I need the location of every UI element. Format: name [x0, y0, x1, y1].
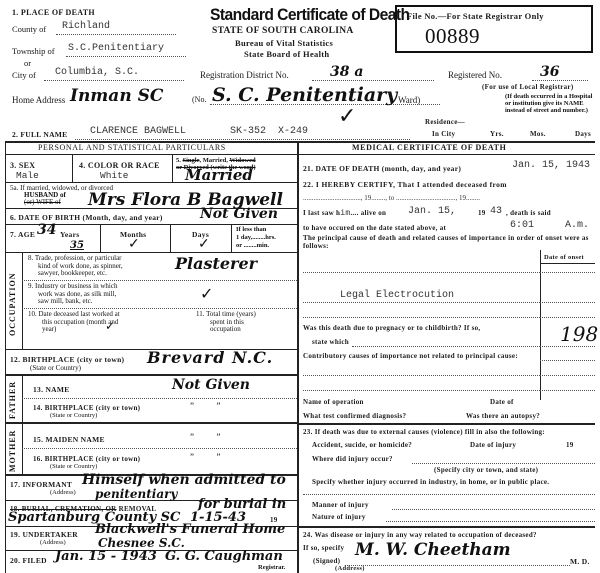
filed-label: 20. FILED	[10, 556, 47, 565]
md-label: M. D.	[570, 557, 590, 566]
medical-section-title: MEDICAL CERTIFICATE OF DEATH	[352, 143, 506, 152]
state-name: STATE OF SOUTH CAROLINA	[212, 26, 354, 36]
father-birthplace-value: ” ”	[190, 401, 221, 411]
injury-year-label: 19	[566, 441, 574, 449]
township-value: S.C.Penitentiary	[68, 43, 164, 54]
age-value: 34	[37, 222, 56, 238]
home-address-value: Inman SC	[70, 86, 163, 106]
days-label-res: Days	[575, 130, 591, 138]
physician-address-label: (Address)	[335, 565, 365, 572]
certify-label: 22. I HEREBY CERTIFY, That I attended de…	[303, 180, 507, 189]
dod-value: Jan. 15, 1943	[512, 160, 590, 171]
street-no-value: S. C. Penitentiary	[212, 84, 397, 106]
undertaker-sub: (Address)	[40, 539, 66, 546]
board-name: State Board of Health	[244, 49, 329, 59]
years-extra: 35	[70, 240, 84, 251]
city-label: City of	[12, 70, 36, 80]
operation-date-label: Date of	[490, 398, 514, 406]
years-label: Years	[60, 230, 79, 239]
specify-city-label: (Specify city or town, and state)	[434, 466, 538, 474]
mother-birthplace-value: ” ”	[190, 452, 221, 462]
death-said-label: , death is said	[506, 209, 551, 217]
certificate-title: Standard Certificate of Death	[210, 5, 410, 25]
bureau-name: Bureau of Vital Statistics	[235, 38, 333, 48]
father-name-value: Not Given	[172, 377, 250, 393]
father-birthplace-sub: (State or Country)	[50, 412, 97, 419]
undertaker-value-1: Blackwell's Funeral Home	[95, 522, 285, 537]
principal-cause-label: The principal cause of death and related…	[303, 235, 595, 250]
less-than-day: If less than1 day,........hrs.or .......…	[236, 226, 276, 250]
sex-label: 3. SEX	[10, 161, 35, 170]
mos-label: Mos.	[530, 130, 546, 138]
injury-date-label: Date of injury	[470, 441, 516, 449]
age-label: 7. AGE	[10, 230, 35, 239]
race-value: White	[100, 170, 129, 181]
birthplace-label: 12. BIRTHPLACE (city or town)	[10, 355, 124, 364]
place-of-death-heading: 1. PLACE OF DEATH	[12, 8, 95, 17]
undertaker-label: 19. UNDERTAKER	[10, 530, 78, 539]
registrar-label: Registrar.	[258, 564, 285, 571]
informant-sub: (Address)	[50, 489, 76, 496]
registrar-signature: G. G. Caughman	[165, 549, 283, 564]
prisoner-id-1: SK-352	[230, 126, 266, 137]
city-value: Columbia, S.C.	[55, 67, 139, 78]
where-injury-label: Where did injury occur?	[312, 455, 393, 463]
trade-value: Plasterer	[175, 254, 257, 273]
pregnancy-label: Was this death due to pregnacy or to chi…	[303, 324, 480, 332]
mother-birthplace-sub: (State or Country)	[50, 463, 97, 470]
occurred-label: to have occured on the date stated above…	[303, 224, 446, 232]
mother-birthplace-label: 16. BIRTHPLACE (city or town)	[33, 455, 140, 463]
residence-label: Residence—	[425, 118, 465, 126]
total-time-label: 11. Total time (years)spent in thisoccup…	[196, 311, 256, 334]
dob-label: 6. DATE OF BIRTH (Month, day, and year)	[10, 213, 163, 222]
year-value: 43	[490, 206, 502, 217]
county-value: Richland	[62, 21, 110, 32]
days-check: ✓	[198, 236, 210, 253]
birthplace-value: Brevard N.C.	[147, 348, 273, 367]
ward-label: Ward)	[398, 95, 420, 105]
yrs-label: Yrs.	[490, 130, 504, 138]
alive-on-value: Jan. 15,	[408, 206, 456, 217]
full-name-label: 2. FULL NAME	[12, 130, 67, 139]
township-label: Township of	[12, 46, 55, 56]
mother-maiden-value: ” ”	[190, 432, 221, 442]
manner-label: Manner of injury	[312, 501, 369, 509]
father-name-label: 13. NAME	[33, 385, 70, 394]
local-registrar-note: (For use of Local Registrar)	[482, 83, 573, 91]
year-label: 19	[478, 209, 486, 217]
test-label: What test confirmed diagnosis?	[303, 412, 406, 420]
file-number-label: File No.—For State Registrar Only	[407, 11, 544, 21]
informant-value-1: Himself when admitted to	[82, 472, 286, 488]
occupation-side-label: OCCUPATION	[8, 262, 17, 347]
time-value: 6:01	[510, 220, 534, 231]
cause-of-death-value: Legal Electrocution	[340, 290, 454, 301]
physician-signature: M. W. Cheetham	[355, 540, 511, 560]
hospital-note: (If death occurred in a Hospital or inst…	[505, 93, 595, 114]
check-mark: ✓	[338, 103, 356, 129]
reg-district-value: 38 a	[330, 64, 363, 80]
if-so-label: If so, specify	[303, 544, 344, 552]
occupational-label: 24. Was disease or injury in any way rel…	[303, 531, 537, 539]
cause-code-value: 198	[560, 322, 598, 346]
father-side-label: FATHER	[8, 380, 17, 420]
dod-label: 21. DATE OF DEATH (month, day, and year)	[303, 164, 461, 173]
attended-dates: ................................., 19...…	[303, 194, 480, 202]
operation-label: Name of operation	[303, 398, 364, 406]
full-name-value: CLARENCE BAGWELL	[90, 126, 186, 137]
personal-section-title: PERSONAL AND STATISTICAL PARTICULARS	[38, 143, 226, 152]
registered-value: 36	[540, 64, 559, 80]
last-saw-label: I last saw him.... alive on	[303, 209, 386, 218]
prisoner-id-2: X-249	[278, 126, 308, 137]
in-city-label: In City	[432, 130, 455, 138]
informant-label: 17. INFORMANT	[10, 480, 72, 489]
father-birthplace-label: 14. BIRTHPLACE (city or town)	[33, 404, 140, 412]
street-no-label: (No.	[192, 95, 206, 104]
birthplace-sub: (State or Country)	[30, 364, 81, 372]
autopsy-label: Was there an autopsy?	[466, 412, 540, 420]
contributory-label: Contributory causes of importance not re…	[303, 352, 518, 360]
file-number-box: File No.—For State Registrar Only 00889	[395, 5, 593, 53]
signed-label: (Signed)	[313, 557, 340, 565]
accident-label: Accident, sucide, or homicide?	[312, 441, 412, 449]
filed-date-value: Jan. 15 - 1943	[55, 549, 157, 564]
months-check: ✓	[128, 236, 140, 253]
nature-label: Nature of injury	[312, 513, 366, 521]
external-causes-label: 23. If death was due to external causes …	[303, 428, 545, 436]
mother-side-label: MOTHER	[8, 428, 17, 473]
last-worked-check: ✓	[105, 319, 115, 334]
mother-maiden-label: 15. MAIDEN NAME	[33, 435, 105, 444]
informant-value-2: penitentiary	[95, 487, 177, 501]
county-label: County of	[12, 24, 46, 34]
specify-where-label: Specify whether injury occurred in indus…	[312, 478, 549, 486]
home-address-label: Home Address	[12, 95, 65, 105]
registered-label: Registered No.	[448, 70, 502, 80]
file-number: 00889	[425, 24, 480, 49]
ampm-value: A.m.	[565, 220, 589, 231]
onset-header: Date of onset	[544, 254, 584, 261]
industry-check: ✓	[200, 284, 213, 304]
dob-value: Not Given	[200, 206, 278, 222]
undertaker-value-2: Chesnee S.C.	[98, 536, 185, 550]
industry-label: 9. Industry or business in whichwork was…	[28, 283, 117, 306]
race-label: 4. COLOR OR RACE	[79, 161, 160, 170]
sex-value: Male	[16, 170, 39, 181]
state-which-label: state which	[312, 338, 349, 346]
or-label: or	[24, 58, 31, 68]
trade-label: 8. Trade, profession, or particularkind …	[28, 255, 123, 278]
reg-district-label: Registration District No.	[200, 70, 289, 80]
